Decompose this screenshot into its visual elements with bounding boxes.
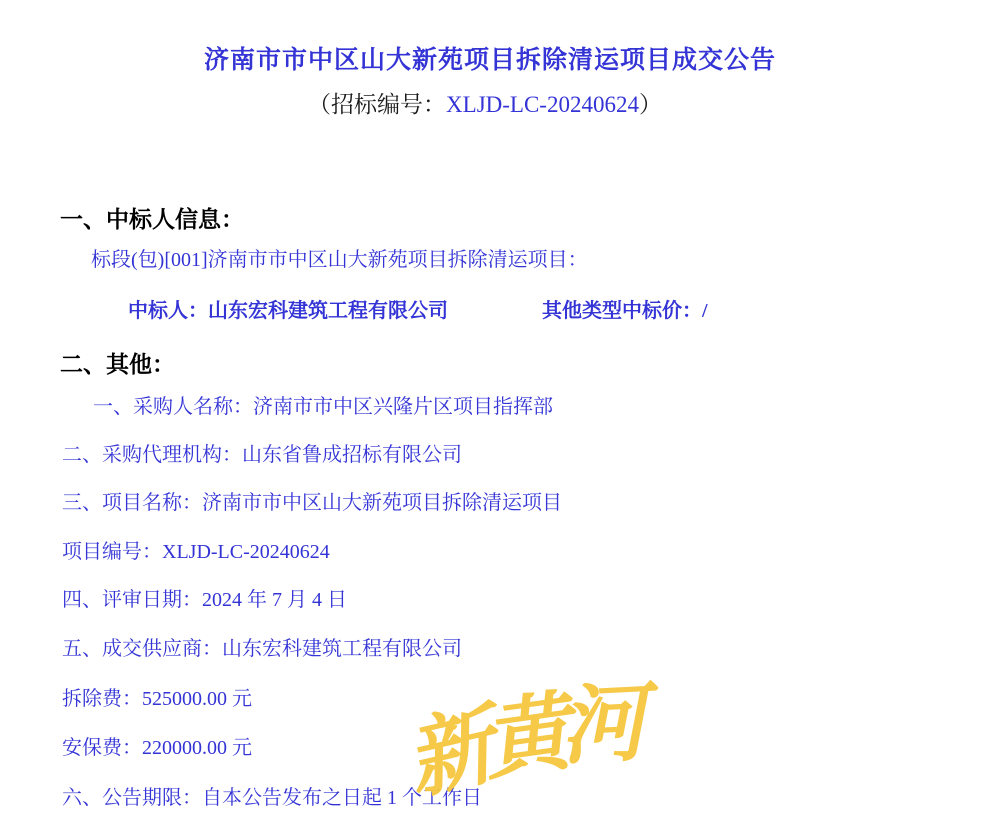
section-heading-winner-info: 一、中标人信息： bbox=[60, 201, 244, 234]
tender-number-code: XLJD-LC-20240624 bbox=[446, 92, 639, 117]
line-demolition-fee: 拆除费：525000.00 元 bbox=[62, 687, 252, 712]
page-title: 济南市市中区山大新苑项目拆除清运项目成交公告 bbox=[0, 40, 980, 76]
line-security-fee: 安保费：220000.00 元 bbox=[62, 736, 252, 761]
tender-number-subtitle: （招标编号：XLJD-LC-20240624） bbox=[0, 86, 970, 119]
line-awarded-supplier: 五、成交供应商：山东宏科建筑工程有限公司 bbox=[62, 637, 462, 662]
line-project-number: 项目编号：XLJD-LC-20240624 bbox=[62, 540, 330, 565]
news-watermark: 新黄河 bbox=[399, 654, 643, 798]
line-announcement-period: 六、公告期限：自本公告发布之日起 1 个工作日 bbox=[62, 786, 482, 811]
line-project-name: 三、项目名称：济南市市中区山大新苑项目拆除清运项目 bbox=[62, 491, 562, 516]
line-purchaser-name: 一、采购人名称：济南市市中区兴隆片区项目指挥部 bbox=[93, 395, 553, 420]
document-page: 济南市市中区山大新苑项目拆除清运项目成交公告 （招标编号：XLJD-LC-202… bbox=[0, 0, 1000, 824]
winner-name-line: 中标人：山东宏科建筑工程有限公司 bbox=[128, 299, 448, 324]
watermark-char-3: 河 bbox=[556, 653, 640, 781]
other-type-price-line: 其他类型中标价：/ bbox=[542, 299, 708, 324]
watermark-char-2: 黄 bbox=[474, 663, 568, 797]
tender-number-suffix: ） bbox=[639, 92, 662, 117]
line-review-date: 四、评审日期：2024 年 7 月 4 日 bbox=[62, 588, 347, 613]
line-procurement-agency: 二、采购代理机构：山东省鲁成招标有限公司 bbox=[62, 443, 462, 468]
tender-number-prefix: （招标编号： bbox=[308, 92, 446, 117]
lot-package-line: 标段(包)[001]济南市市中区山大新苑项目拆除清运项目： bbox=[91, 248, 588, 273]
section-heading-other: 二、其他： bbox=[60, 346, 175, 379]
